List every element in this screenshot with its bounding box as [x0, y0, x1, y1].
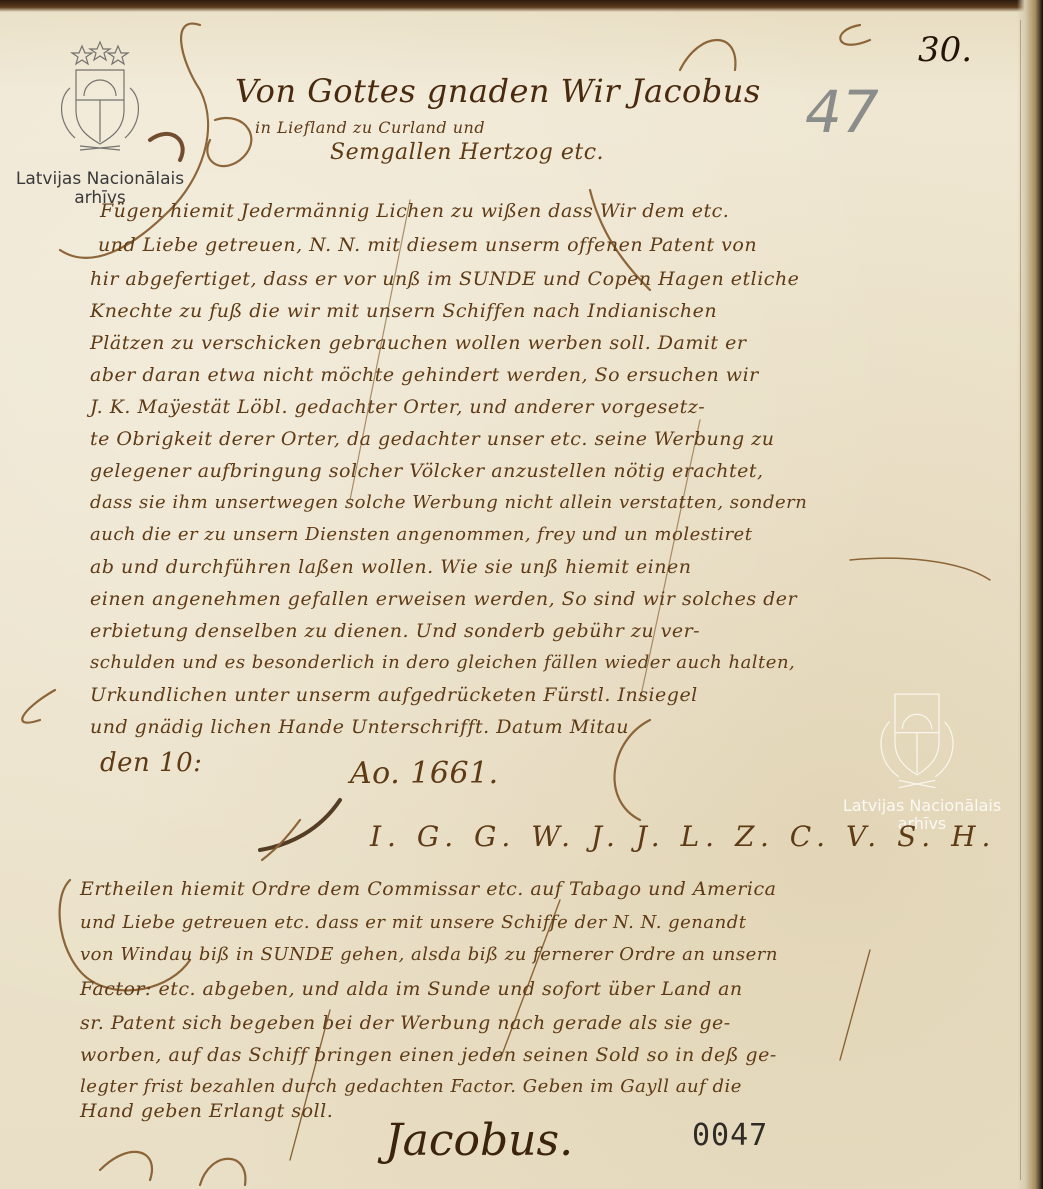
body-line: dass sie ihm unsertwegen solche Werbung … [90, 492, 807, 513]
body-line: te Obrigkeit derer Orter, da gedachter u… [90, 428, 774, 450]
archive-stamp-number: 0047 [692, 1118, 768, 1153]
second-body-line: worben, auf das Schiff bringen einen jed… [80, 1044, 777, 1066]
watermark-line1: Latvijas Nacionālais [822, 797, 1022, 815]
folio-number: 30. [918, 30, 972, 70]
body-line: Knechte zu fuß die wir mit unsern Schiff… [90, 300, 717, 322]
second-body-line: Factor: etc. abgeben, und alda im Sunde … [80, 978, 743, 1000]
second-body-line: legter frist bezahlen durch gedachten Fa… [80, 1076, 742, 1097]
body-line: einen angenehmen gefallen erweisen werde… [90, 588, 797, 610]
pencil-page-number: 47 [805, 78, 879, 146]
body-line: Fügen hiemit Jedermännig Lichen zu wißen… [100, 200, 729, 222]
heading-line-2: in Liefland zu Curland und [255, 118, 485, 137]
date-year: Ao. 1661. [350, 756, 499, 791]
second-body-line: von Windau biß in SUNDE gehen, alsda biß… [80, 944, 778, 965]
body-line: gelegener aufbringung solcher Völcker an… [90, 460, 764, 482]
page-top-edge [0, 0, 1043, 12]
body-line: schulden und es besonderlich in dero gle… [90, 652, 795, 673]
manuscript-page: Latvijas Nacionālais arhīvs Latvijas Nac… [0, 0, 1043, 1189]
second-body-line: und Liebe getreuen etc. dass er mit unse… [80, 912, 746, 933]
date-day: den 10: [100, 748, 202, 778]
second-body-line: sr. Patent sich begeben bei der Werbung … [80, 1012, 731, 1034]
body-line: hir abgefertiget, dass er vor unß im SUN… [90, 268, 799, 290]
heading-line-3: Semgallen Hertzog etc. [330, 140, 604, 165]
body-line: J. K. Maÿestät Löbl. gedachter Orter, un… [90, 396, 705, 418]
signature: Jacobus. [385, 1115, 573, 1166]
heading-line-1: Von Gottes gnaden Wir Jacobus [235, 72, 761, 110]
body-line: auch die er zu unsern Diensten angenomme… [90, 524, 752, 545]
watermark-line1: Latvijas Nacionālais [0, 170, 200, 189]
body-line: und Liebe getreuen, N. N. mit diesem uns… [98, 234, 757, 256]
latvia-coat-of-arms-icon [862, 685, 972, 795]
body-line: ab und durchführen laßen wollen. Wie sie… [90, 556, 691, 578]
body-line: Urkundlichen unter unserm aufgedrücketen… [90, 684, 698, 706]
body-line: Plätzen zu verschicken gebrauchen wollen… [90, 332, 746, 354]
second-body-line: Ertheilen hiemit Ordre dem Commissar etc… [80, 878, 776, 900]
body-line: aber daran etwa nicht möchte gehindert w… [90, 364, 759, 386]
initials-line: I. G. G. W. J. J. L. Z. C. V. S. H. [370, 820, 996, 853]
page-fold-line [1020, 20, 1021, 1180]
body-line: und gnädig lichen Hande Unterschrifft. D… [90, 716, 629, 738]
body-line: erbietung denselben zu dienen. Und sonde… [90, 620, 700, 642]
latvia-coat-of-arms-icon [40, 38, 160, 158]
second-body-line: Hand geben Erlangt soll. [80, 1100, 333, 1122]
